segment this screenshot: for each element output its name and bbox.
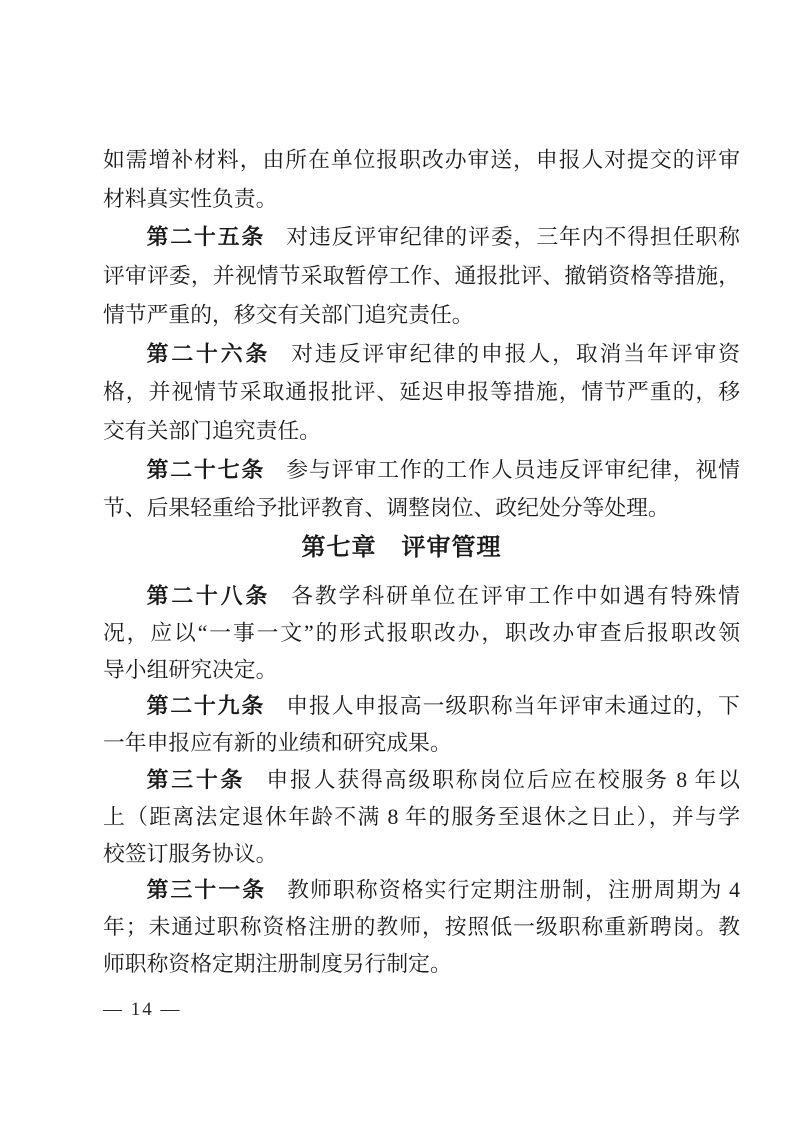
line-text: 情节严重的，移交有关部门追究责任。	[103, 303, 474, 327]
page-body-text: 如需增补材料，由所在单位报职改办审送，申报人对提交的评审 材料真实性负责。 第二…	[103, 141, 740, 983]
line-text: 校签订服务协议。	[103, 842, 277, 866]
text-line: 师职称资格定期注册制度另行制定。	[103, 946, 740, 983]
text-line: 第三十条申报人获得高级职称岗位后应在校服务 8 年以	[103, 762, 740, 799]
text-line: 情节严重的，移交有关部门追究责任。	[103, 296, 740, 335]
line-text: 上（距离法定退休年龄不满 8 年的服务至退休之日止），并与学	[103, 805, 740, 829]
chapter-heading: 第七章 评审管理	[103, 528, 740, 568]
text-line: 格，并视情节采取通报批评、延迟申报等措施，情节严重的，移	[103, 373, 740, 412]
line-text: 导小组研究决定。	[103, 658, 277, 682]
text-line: 第二十七条参与评审工作的工作人员违反评审纪律，视情	[103, 451, 740, 490]
article-number: 第二十七条	[147, 457, 266, 482]
line-text: 交有关部门追究责任。	[103, 419, 321, 443]
articles-28-31: 第二十八条各教学科研单位在评审工作中如遇有特殊情 况，应以“一事一文”的形式报职…	[103, 578, 740, 983]
line-text: 况，应以“一事一文”的形式报职改办，职改办审查后报职改领	[103, 621, 740, 645]
line-text: 格，并视情节采取通报批评、延迟申报等措施，情节严重的，移	[103, 380, 740, 404]
text-line: 材料真实性负责。	[103, 180, 740, 219]
line-text: 对违反评审纪律的申报人，取消当年评审资	[291, 342, 740, 366]
article-number: 第二十五条	[147, 224, 266, 249]
text-line: 第三十一条教师职称资格实行定期注册制，注册周期为 4	[103, 872, 740, 909]
text-line: 第二十八条各教学科研单位在评审工作中如遇有特殊情	[103, 578, 740, 615]
text-line: 导小组研究决定。	[103, 652, 740, 689]
text-line: 上（距离法定退休年龄不满 8 年的服务至退休之日止），并与学	[103, 799, 740, 836]
line-text: 师职称资格定期注册制度另行制定。	[103, 952, 452, 976]
article-number: 第二十九条	[147, 693, 266, 718]
line-text: 各教学科研单位在评审工作中如遇有特殊情	[291, 584, 740, 608]
line-text: 申报人申报高一级职称当年评审未通过的，下	[286, 694, 740, 718]
text-line: 交有关部门追究责任。	[103, 412, 740, 451]
text-line: 年；未通过职称资格注册的教师，按照低一级职称重新聘岗。教	[103, 909, 740, 946]
text-line: 第二十六条对违反评审纪律的申报人，取消当年评审资	[103, 335, 740, 374]
line-text: 申报人获得高级职称岗位后应在校服务 8 年以	[266, 768, 740, 792]
line-text: 如需增补材料，由所在单位报职改办审送，申报人对提交的评审	[103, 148, 740, 172]
line-text: 年；未通过职称资格注册的教师，按照低一级职称重新聘岗。教	[103, 915, 740, 939]
text-line: 节、后果轻重给予批评教育、调整岗位、政纪处分等处理。	[103, 489, 740, 528]
page-number: — 14 —	[103, 999, 182, 1021]
line-text: 对违反评审纪律的评委，三年内不得担任职称	[286, 225, 740, 249]
articles-25-27: 如需增补材料，由所在单位报职改办审送，申报人对提交的评审 材料真实性负责。 第二…	[103, 141, 740, 528]
article-number: 第二十八条	[147, 583, 271, 608]
line-text: 节、后果轻重给予批评教育、调整岗位、政纪处分等处理。	[103, 496, 670, 520]
article-number: 第三十条	[147, 767, 246, 792]
text-line: 如需增补材料，由所在单位报职改办审送，申报人对提交的评审	[103, 141, 740, 180]
text-line: 评审评委，并视情节采取暂停工作、通报批评、撤销资格等措施，	[103, 257, 740, 296]
line-text: 教师职称资格实行定期注册制，注册周期为 4	[287, 878, 740, 902]
line-text: 一年申报应有新的业绩和研究成果。	[103, 731, 452, 755]
article-number: 第二十六条	[147, 341, 271, 366]
line-text: 参与评审工作的工作人员违反评审纪律，视情	[286, 458, 740, 482]
text-line: 校签订服务协议。	[103, 836, 740, 873]
text-line: 第二十九条申报人申报高一级职称当年评审未通过的，下	[103, 688, 740, 725]
text-line: 一年申报应有新的业绩和研究成果。	[103, 725, 740, 762]
text-line: 况，应以“一事一文”的形式报职改办，职改办审查后报职改领	[103, 615, 740, 652]
document-page: 如需增补材料，由所在单位报职改办审送，申报人对提交的评审 材料真实性负责。 第二…	[0, 0, 793, 1122]
article-number: 第三十一条	[147, 877, 267, 902]
line-text: 评审评委，并视情节采取暂停工作、通报批评、撤销资格等措施，	[103, 264, 740, 288]
line-text: 材料真实性负责。	[103, 187, 277, 211]
text-line: 第二十五条对违反评审纪律的评委，三年内不得担任职称	[103, 218, 740, 257]
